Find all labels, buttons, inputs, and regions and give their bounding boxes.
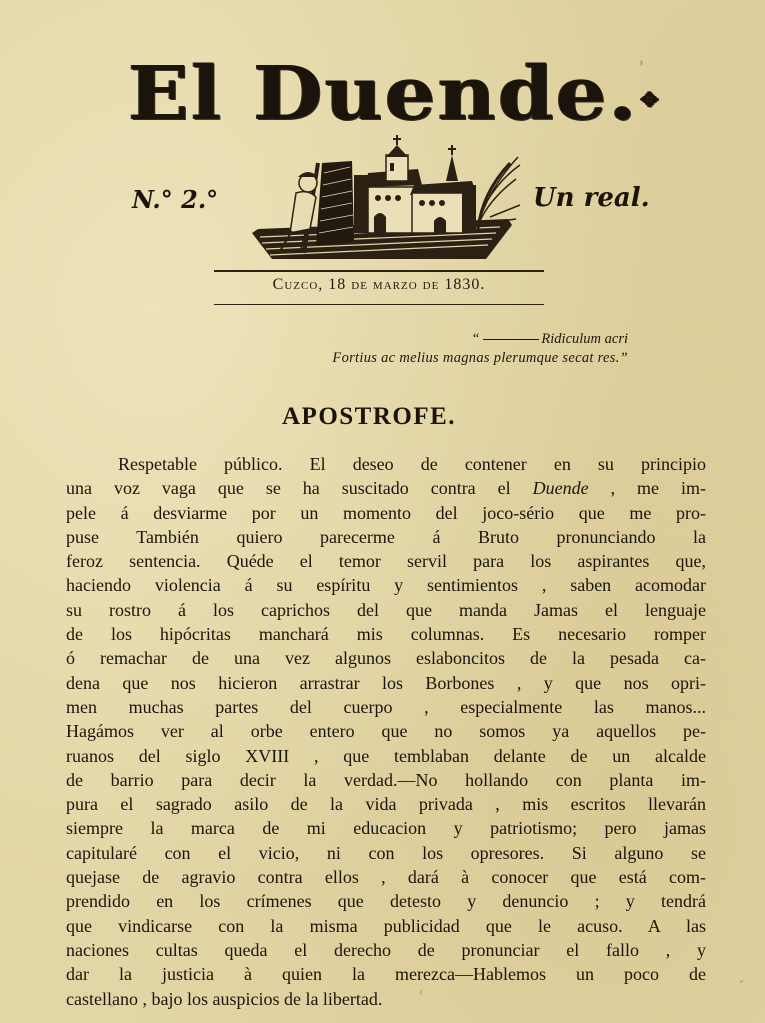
article-line: dar la justicia à quien la merezca—Hable…: [66, 962, 706, 986]
article-line: ó remachar de una vez algunos eslaboncit…: [66, 646, 706, 670]
paper-speck: [740, 980, 743, 983]
epigraph-line-1: “Ridiculum acri: [224, 330, 628, 349]
article-line: ruanos del siglo XVIII , que temblaban d…: [66, 744, 706, 768]
masthead-title-text: El Duende.: [128, 50, 639, 136]
article-line: su rostro á los caprichos del que manda …: [66, 598, 706, 622]
paper-speck: [110, 1005, 114, 1007]
dateline: Cuzco, 18 de marzo de 1830.: [214, 276, 544, 294]
newspaper-page: El Duende.✥ N.° 2.°: [0, 0, 765, 1023]
rule-divider: [214, 304, 544, 305]
article-line: dena que nos hicieron arrastrar los Borb…: [66, 671, 706, 695]
rule-divider: [214, 270, 544, 272]
italic-title: Duende: [533, 478, 589, 498]
latin-epigraph: “Ridiculum acri Fortius ac melius magnas…: [224, 330, 628, 368]
article-line: siempre la marca de mi educacion y patri…: [66, 816, 706, 840]
article-line: pele á desviarme por un momento del joco…: [66, 501, 706, 525]
article-line: capitularé con el vicio, ni con los opre…: [66, 841, 706, 865]
article-line: de los hipócritas manchará mis columnas.…: [66, 622, 706, 646]
issue-number: N.° 2.°: [132, 185, 218, 214]
epigraph-line-2: Fortius ac melius magnas plerumque secat…: [224, 349, 628, 368]
article-line: prendido en los crímenes que detesto y d…: [66, 889, 706, 913]
article-line: pura el sagrado asilo de la vida privada…: [66, 792, 706, 816]
article-line: una voz vaga que se ha suscitado contra …: [66, 476, 706, 500]
epigraph-dash: [483, 339, 539, 340]
article-line: quejase de agravio contra ellos , dará à…: [66, 865, 706, 889]
epigraph-line-1-text: Ridiculum acri: [541, 331, 628, 347]
article-line: Respetable público. El deseo de contener…: [66, 452, 706, 476]
article-line: Hagámos ver al orbe entero que no somos …: [66, 719, 706, 743]
paper-speck: [420, 990, 422, 995]
article-line: de barrio para decir la verdad.—No holla…: [66, 768, 706, 792]
paper-speck: [640, 60, 643, 66]
article-line: naciones cultas queda el derecho de pron…: [66, 938, 706, 962]
article-line: castellano , bajo los auspicios de la li…: [66, 987, 706, 1011]
open-quote: “: [471, 331, 479, 347]
article-line: que vindicarse con la misma publicidad q…: [66, 914, 706, 938]
masthead-title: El Duende.✥: [128, 52, 648, 141]
article-line: haciendo violencia á su espíritu y senti…: [66, 573, 706, 597]
woodcut-illustration-icon: [250, 133, 522, 261]
article-body: Respetable público. El deseo de contener…: [66, 452, 706, 1011]
article-line: men muchas partes del cuerpo , especialm…: [66, 695, 706, 719]
fleuron-ornament-icon: ✥: [641, 88, 661, 112]
article-title: APOSTROFE.: [282, 403, 456, 431]
article-line: feroz sentencia. Quéde el temor servil p…: [66, 549, 706, 573]
article-line: puse También quiero parecerme á Bruto pr…: [66, 525, 706, 549]
price-label: Un real.: [533, 183, 650, 213]
